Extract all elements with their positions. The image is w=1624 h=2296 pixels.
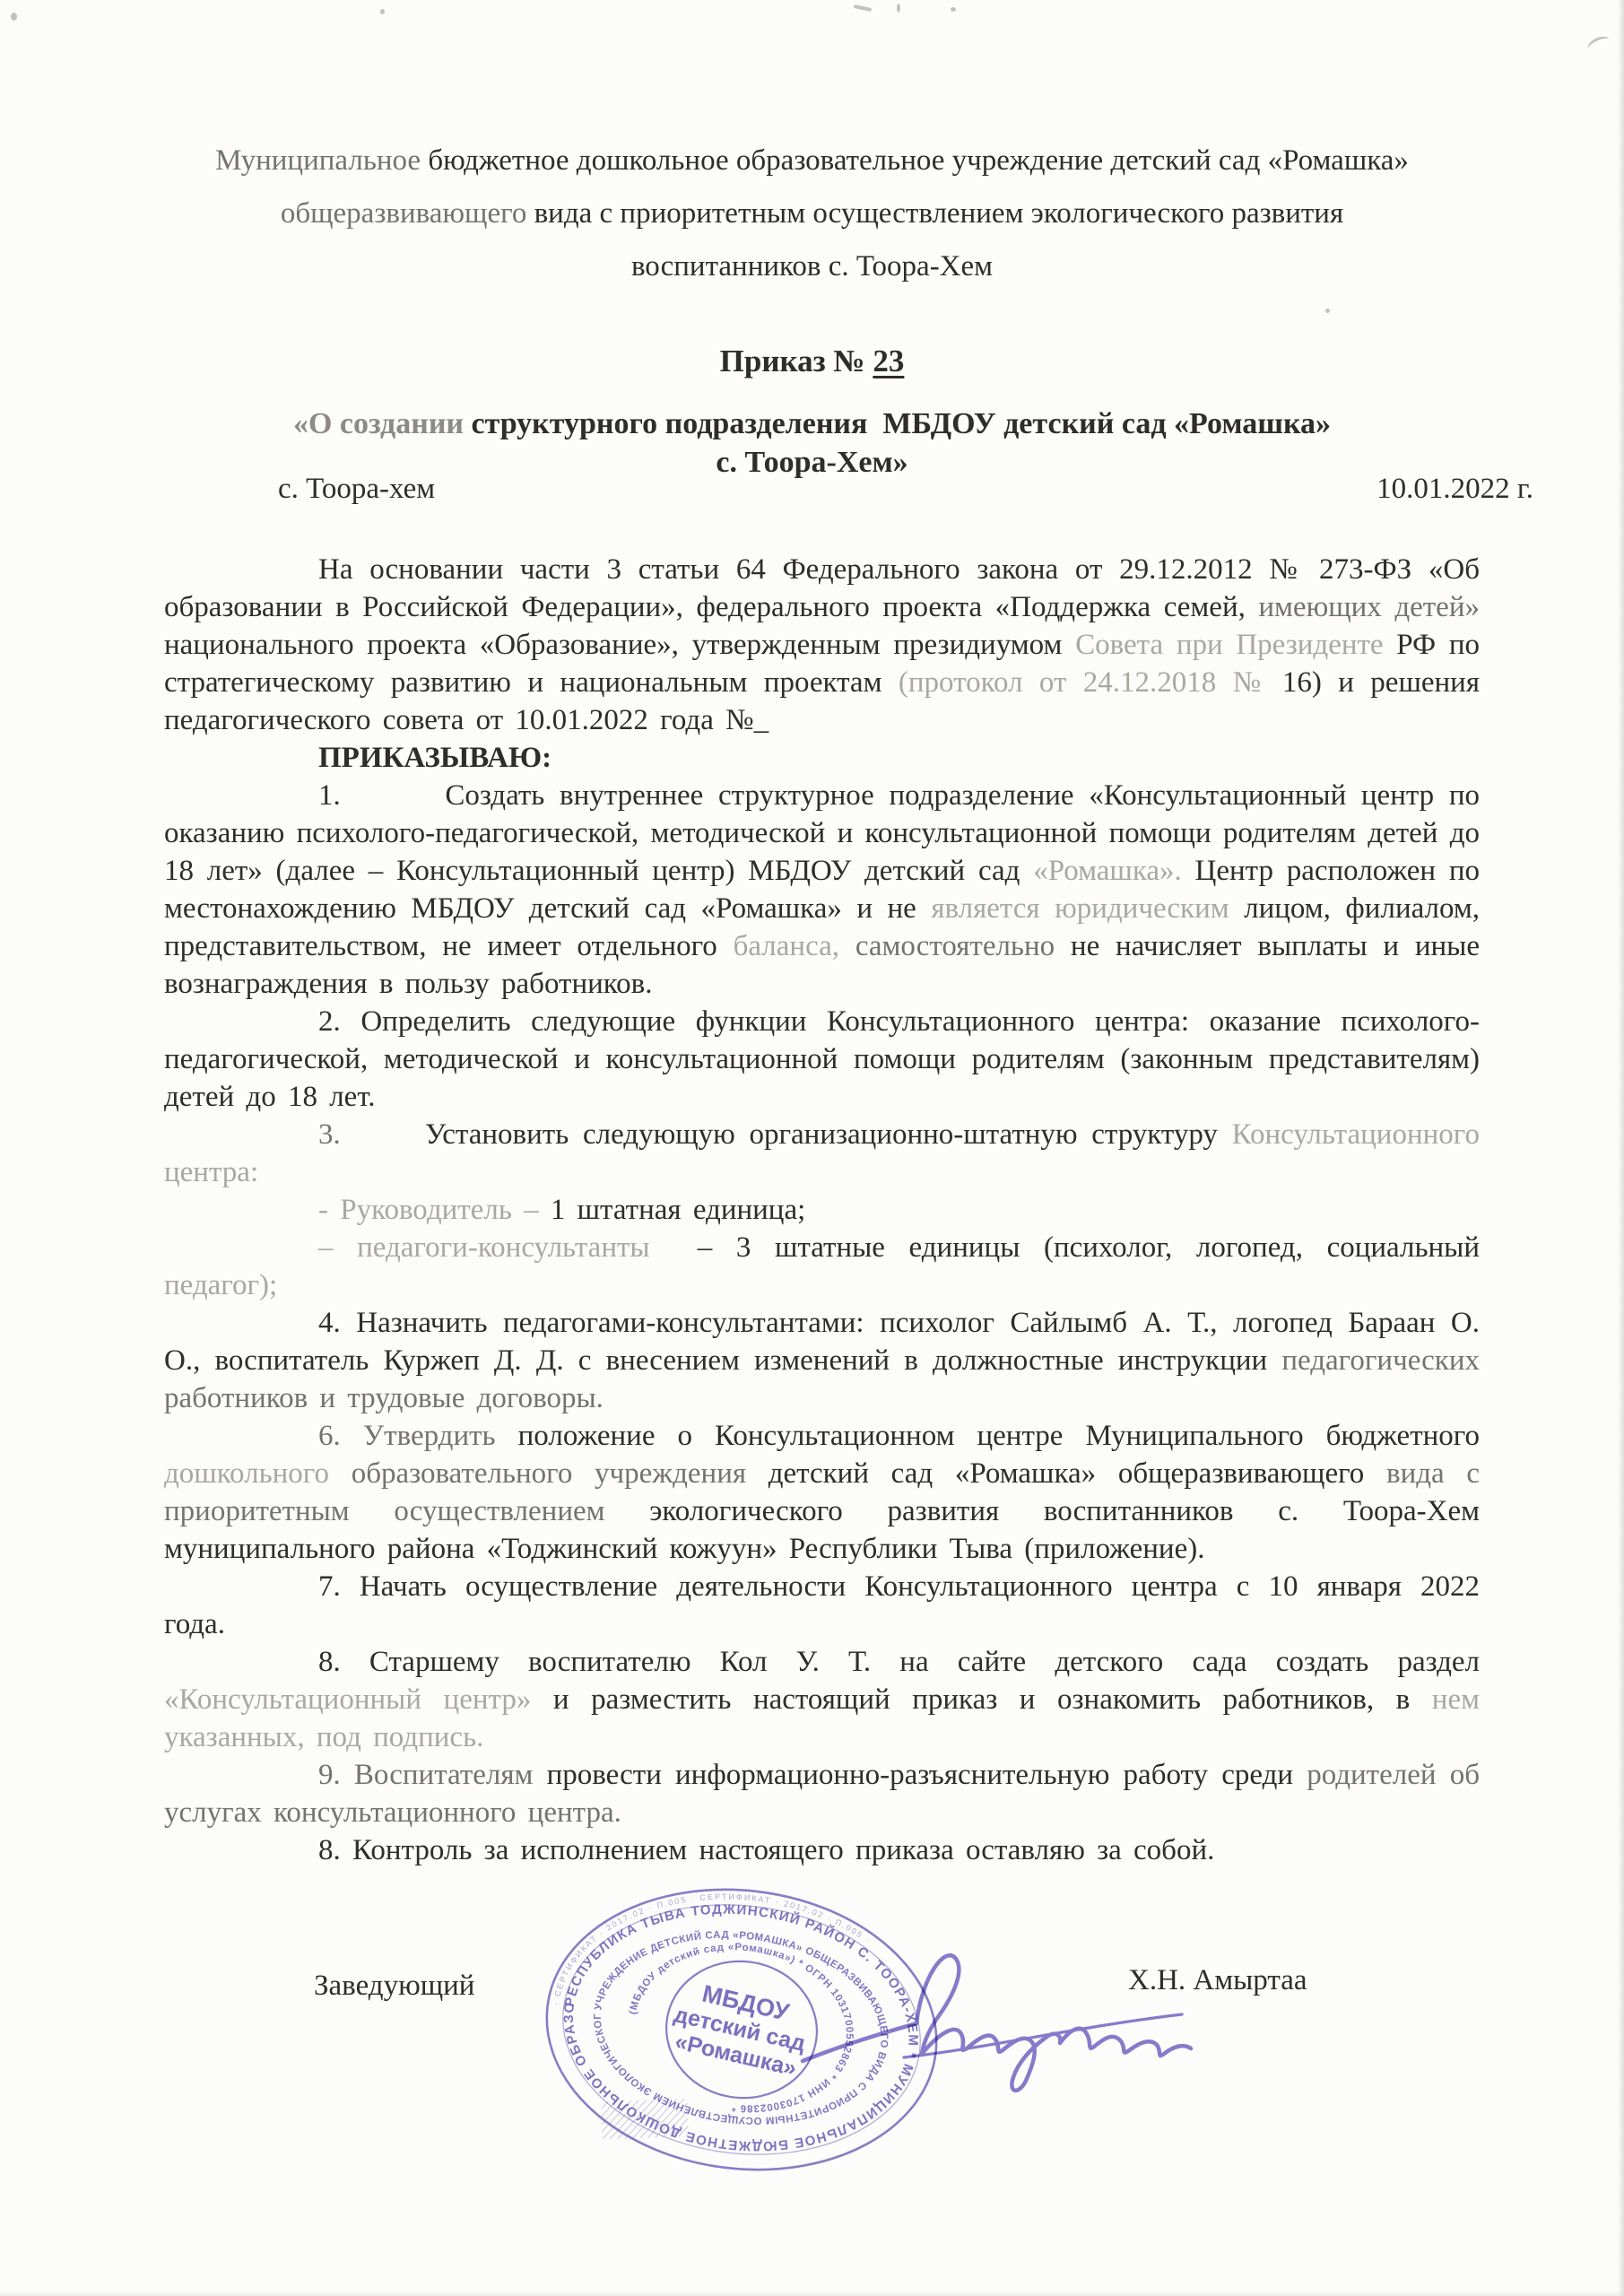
org-name-line: общеразвивающего вида с приоритетным осу…	[108, 187, 1516, 240]
order-item-9: 9. Воспитателям провести информационно-р…	[164, 1756, 1480, 1831]
page-edge-shadow	[0, 2291, 1624, 2296]
text-segment: и разместить настоящий приказ и ознакоми…	[553, 1683, 1432, 1716]
text-segment: провести информационно-разъяснительную р…	[547, 1759, 1307, 1791]
order-item-4: 4. Назначить педагогами-консультантами: …	[164, 1304, 1480, 1417]
document-header: Муниципальное бюджетное дошкольное образ…	[108, 135, 1516, 293]
order-subject-line: «О создании структурного подразделения М…	[108, 404, 1516, 443]
prikazyvayu-heading: ПРИКАЗЫВАЮ:	[164, 739, 1480, 777]
text-segment: положение о Консультационном центре Муни…	[518, 1420, 1480, 1452]
text-segment: 8. Контроль за исполнением настоящего пр…	[318, 1834, 1214, 1866]
text-segment: бюджетное дошкольное образовательное учр…	[428, 144, 1409, 177]
staff-item-consultants: – педагоги-консультанты – 3 штатные един…	[164, 1229, 1480, 1304]
order-item-3: 3. Установить следующую организационно-ш…	[164, 1116, 1480, 1191]
text-segment: 1 штатная единица;	[551, 1194, 805, 1226]
scanned-order-document: Муниципальное бюджетное дошкольное образ…	[0, 0, 1624, 2296]
text-segment: дошкольного	[164, 1457, 352, 1490]
date-label: 10.01.2022 г.	[1376, 470, 1533, 508]
text-segment: 7. Начать осуществление деятельности Кон…	[164, 1570, 1480, 1640]
text-segment: 9. Воспитателям	[318, 1759, 547, 1791]
text-segment: педагог);	[164, 1269, 277, 1301]
text-segment: 3.	[318, 1118, 425, 1151]
text-segment: баланса,	[734, 930, 855, 962]
org-name-line: воспитанников с. Тоора-Хем	[108, 240, 1516, 293]
org-name-line: Муниципальное бюджетное дошкольное образ…	[108, 135, 1516, 187]
text-segment: - Руководитель –	[318, 1194, 551, 1226]
preamble-paragraph: На основании части 3 статьи 64 Федеральн…	[164, 551, 1480, 739]
scan-artifact	[1325, 309, 1330, 313]
text-segment: 6. Утвердить	[318, 1420, 518, 1452]
order-item-1: 1. Создать внутреннее структурное подраз…	[164, 777, 1480, 1003]
scan-artifact	[897, 4, 900, 13]
text-segment: самостоятельно	[855, 930, 1071, 962]
page-edge-shadow	[1618, 0, 1624, 2296]
text-segment: воспитанников с. Тоора-Хем	[631, 250, 993, 283]
text-segment: 2. Определить следующие функции Консульт…	[164, 1005, 1480, 1113]
order-item-8-control: 8. Контроль за исполнением настоящего пр…	[164, 1831, 1480, 1869]
text-segment: образовательного учреждения	[352, 1457, 769, 1490]
text-segment: «О создании	[293, 407, 472, 440]
scan-artifact	[951, 7, 956, 12]
order-item-8-site: 8. Старшему воспитателю Кол У. Т. на сай…	[164, 1643, 1480, 1756]
scan-artifact	[11, 13, 17, 21]
text-segment: Совета при Президенте	[1075, 629, 1383, 661]
text-segment: Муниципальное	[215, 144, 428, 177]
scan-artifact	[854, 4, 872, 12]
text-segment: 8. Старшему воспитателю Кол У. Т. на сай…	[318, 1646, 1480, 1678]
text-segment: структурного подразделения МБДОУ детский…	[472, 407, 1332, 440]
text-segment: – педагоги-консультанты	[318, 1231, 698, 1264]
text-segment: общеразвивающего	[281, 197, 534, 230]
order-title: Приказ № 23	[0, 344, 1624, 379]
place-date-row: с. Тоора-хем 10.01.2022 г.	[278, 470, 1533, 508]
staff-item-head: - Руководитель – 1 штатная единица;	[164, 1191, 1480, 1229]
order-body: На основании части 3 статьи 64 Федеральн…	[164, 551, 1480, 1869]
place-label: с. Тоора-хем	[278, 470, 435, 508]
order-item-7: 7. Начать осуществление деятельности Кон…	[164, 1568, 1480, 1643]
order-title-prefix: Приказ №	[720, 344, 873, 378]
text-segment: «Ромашка».	[1033, 855, 1194, 887]
text-segment: «Консультационный центр»	[164, 1683, 553, 1716]
text-segment: национального проекта «Образование», утв…	[164, 629, 1075, 661]
text-segment: вида с приоритетным осуществлением эколо…	[534, 197, 1344, 230]
text-segment: детский сад «Ромашка» общеразвивающего	[769, 1457, 1386, 1490]
text-segment: – 3 штатные единицы (психолог, логопед, …	[698, 1231, 1480, 1264]
text-segment: ПРИКАЗЫВАЮ:	[318, 742, 551, 774]
text-segment: имеющих детей»	[1258, 591, 1480, 623]
scan-artifact	[380, 9, 385, 14]
scan-artifact	[1585, 33, 1612, 55]
handwritten-signature	[780, 1919, 1318, 2108]
text-segment: Установить следующую организационно-штат…	[425, 1118, 1232, 1151]
order-number: 23	[873, 344, 904, 378]
text-segment: (протокол от 24.12.2018 №	[899, 666, 1282, 699]
signer-role: Заведующий	[314, 1970, 474, 2003]
order-item-2: 2. Определить следующие функции Консульт…	[164, 1003, 1480, 1116]
text-segment: является юридическим	[931, 892, 1244, 925]
order-item-6: 6. Утвердить положение о Консультационно…	[164, 1417, 1480, 1568]
